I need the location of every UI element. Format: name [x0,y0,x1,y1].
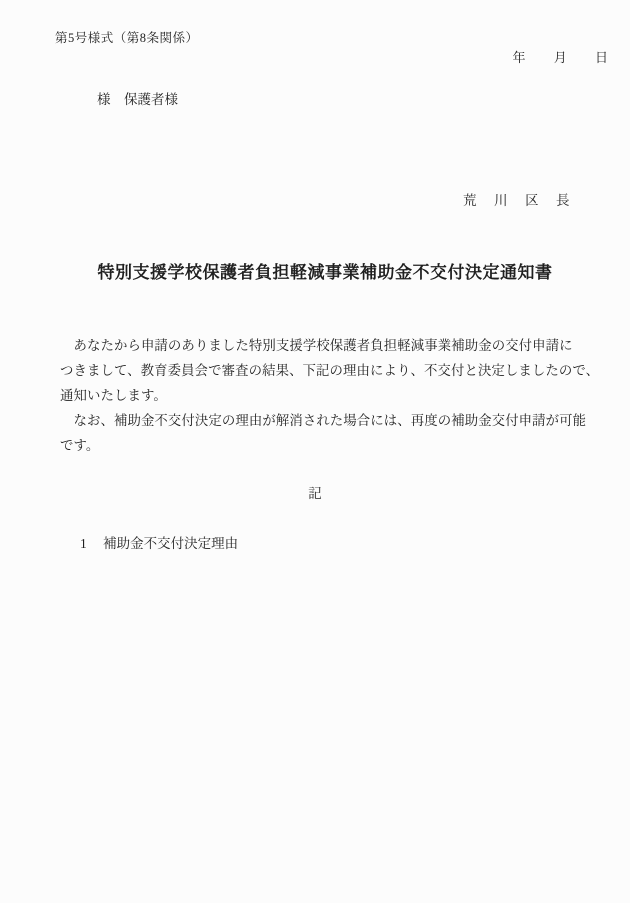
body-line: つきまして、教育委員会で審査の結果、下記の理由により、不交付と決定しましたので、 [60,358,572,383]
item-line: 1 補助金不交付決定理由 [80,532,238,552]
sender-signature: 荒 川 区 長 [463,189,572,209]
date-month-label: 月 [554,50,567,65]
date-line: 年 月 日 [512,47,608,66]
item-label: 補助金不交付決定理由 [103,536,238,551]
body-text: あなたから申請のありました特別支援学校保護者負担軽減事業補助金の交付申請に つき… [60,333,572,458]
body-line: です。 [60,433,572,458]
body-line: あなたから申請のありました特別支援学校保護者負担軽減事業補助金の交付申請に [60,333,572,358]
date-year-label: 年 [512,50,525,65]
record-marker: 記 [0,482,630,502]
date-day-label: 日 [595,50,608,65]
addressee-line: 様 保護者様 [97,88,178,108]
document-title: 特別支援学校保護者負担軽減事業補助金不交付決定通知書 [10,258,630,283]
body-line: なお、補助金不交付決定の理由が解消された場合には、再度の補助金交付申請が可能 [60,408,572,433]
body-line: 通知いたします。 [60,383,572,408]
form-number: 第5号様式（第8条関係） [55,28,199,46]
item-number: 1 [80,536,87,551]
document-page: 第5号様式（第8条関係） 年 月 日 様 保護者様 荒 川 区 長 特別支援学校… [0,0,630,903]
